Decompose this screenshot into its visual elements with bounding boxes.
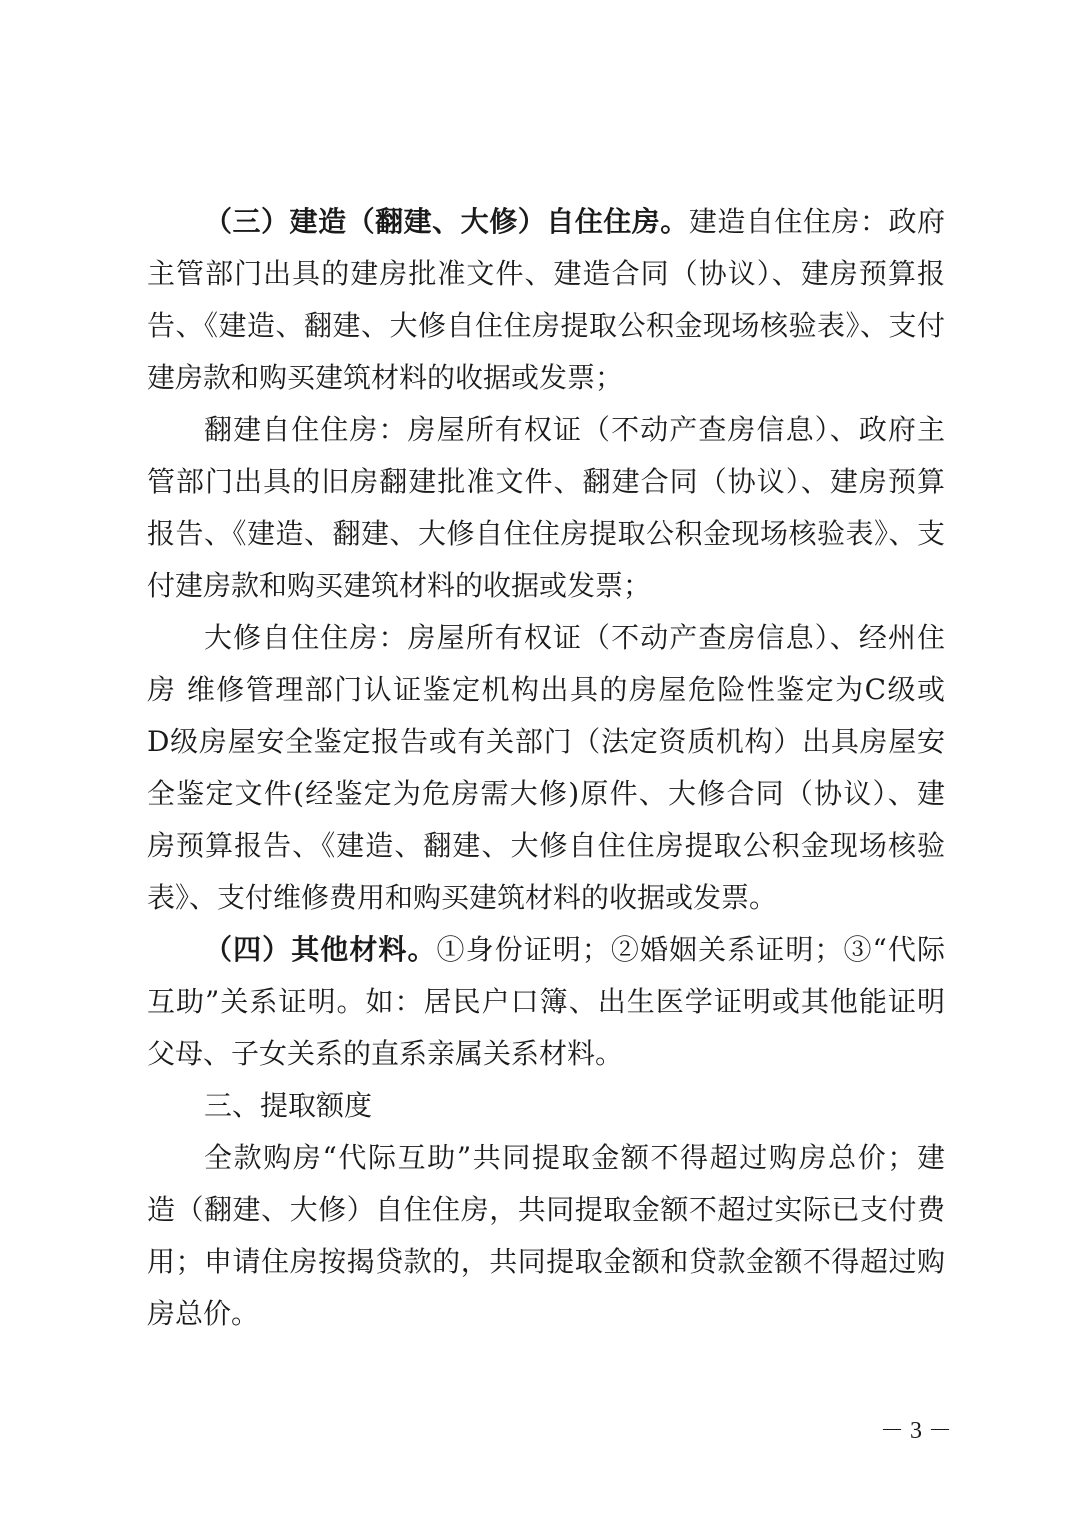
page-number: － 3 － bbox=[880, 1410, 952, 1445]
paragraph-withdrawal-amount: 全款购房“代际互助”共同提取金额不得超过购房总价；建 造（翻建、大修）自住住房，… bbox=[147, 1132, 945, 1340]
paragraph-line: 主管部门出具的建房批准文件、建造合同（协议）、建房预算报 bbox=[147, 248, 945, 300]
paragraph-line: 房总价。 bbox=[147, 1288, 945, 1340]
line-text: ①身份证明；②婚姻关系证明；③“代际 bbox=[437, 933, 945, 966]
section-heading-3: （三）建造（翻建、大修）自住住房。 bbox=[204, 205, 689, 238]
paragraph-other-materials: （四）其他材料。①身份证明；②婚姻关系证明；③“代际 互助”关系证明。如：居民户… bbox=[147, 924, 945, 1080]
paragraph-line: 报告、《建造、翻建、大修自住住房提取公积金现场核验表》、支 bbox=[147, 508, 945, 560]
paragraph-line: 管部门出具的旧房翻建批准文件、翻建合同（协议）、建房预算 bbox=[147, 456, 945, 508]
section-heading-4: （四）其他材料。 bbox=[204, 933, 437, 966]
paragraph-line: 告、《建造、翻建、大修自住住房提取公积金现场核验表》、支付 bbox=[147, 300, 945, 352]
paragraph-major-repair: 大修自住住房：房屋所有权证（不动产查房信息）、经州住 房 维修管理部门认证鉴定机… bbox=[147, 612, 945, 924]
paragraph-line: （三）建造（翻建、大修）自住住房。建造自住住房：政府 bbox=[147, 196, 945, 248]
paragraph-build-own-house: （三）建造（翻建、大修）自住住房。建造自住住房：政府 主管部门出具的建房批准文件… bbox=[147, 196, 945, 404]
document-page: （三）建造（翻建、大修）自住住房。建造自住住房：政府 主管部门出具的建房批准文件… bbox=[147, 196, 945, 1340]
paragraph-line: 互助”关系证明。如：居民户口簿、出生医学证明或其他能证明 bbox=[147, 976, 945, 1028]
paragraph-line: 用；申请住房按揭贷款的，共同提取金额和贷款金额不得超过购 bbox=[147, 1236, 945, 1288]
paragraph-line: 房 维修管理部门认证鉴定机构出具的房屋危险性鉴定为C级或 bbox=[147, 664, 945, 716]
paragraph-line: 全鉴定文件(经鉴定为危房需大修)原件、大修合同（协议）、建 bbox=[147, 768, 945, 820]
paragraph-line: （四）其他材料。①身份证明；②婚姻关系证明；③“代际 bbox=[147, 924, 945, 976]
paragraph-line: 翻建自住住房：房屋所有权证（不动产查房信息）、政府主 bbox=[147, 404, 945, 456]
paragraph-line: 造（翻建、大修）自住住房，共同提取金额不超过实际已支付费 bbox=[147, 1184, 945, 1236]
paragraph-line: 房预算报告、《建造、翻建、大修自住住房提取公积金现场核验 bbox=[147, 820, 945, 872]
paragraph-line: 建房款和购买建筑材料的收据或发票； bbox=[147, 352, 945, 404]
paragraph-line: D级房屋安全鉴定报告或有关部门（法定资质机构）出具房屋安 bbox=[147, 716, 945, 768]
section-heading-withdrawal-amount: 三、提取额度 bbox=[147, 1080, 945, 1132]
line-text: 建造自住住房：政府 bbox=[689, 205, 945, 238]
paragraph-rebuild-house: 翻建自住住房：房屋所有权证（不动产查房信息）、政府主 管部门出具的旧房翻建批准文… bbox=[147, 404, 945, 612]
paragraph-line: 大修自住住房：房屋所有权证（不动产查房信息）、经州住 bbox=[147, 612, 945, 664]
paragraph-line: 父母、子女关系的直系亲属关系材料。 bbox=[147, 1028, 945, 1080]
paragraph-line: 付建房款和购买建筑材料的收据或发票； bbox=[147, 560, 945, 612]
paragraph-line: 全款购房“代际互助”共同提取金额不得超过购房总价；建 bbox=[147, 1132, 945, 1184]
paragraph-line: 表》、支付维修费用和购买建筑材料的收据或发票。 bbox=[147, 872, 945, 924]
